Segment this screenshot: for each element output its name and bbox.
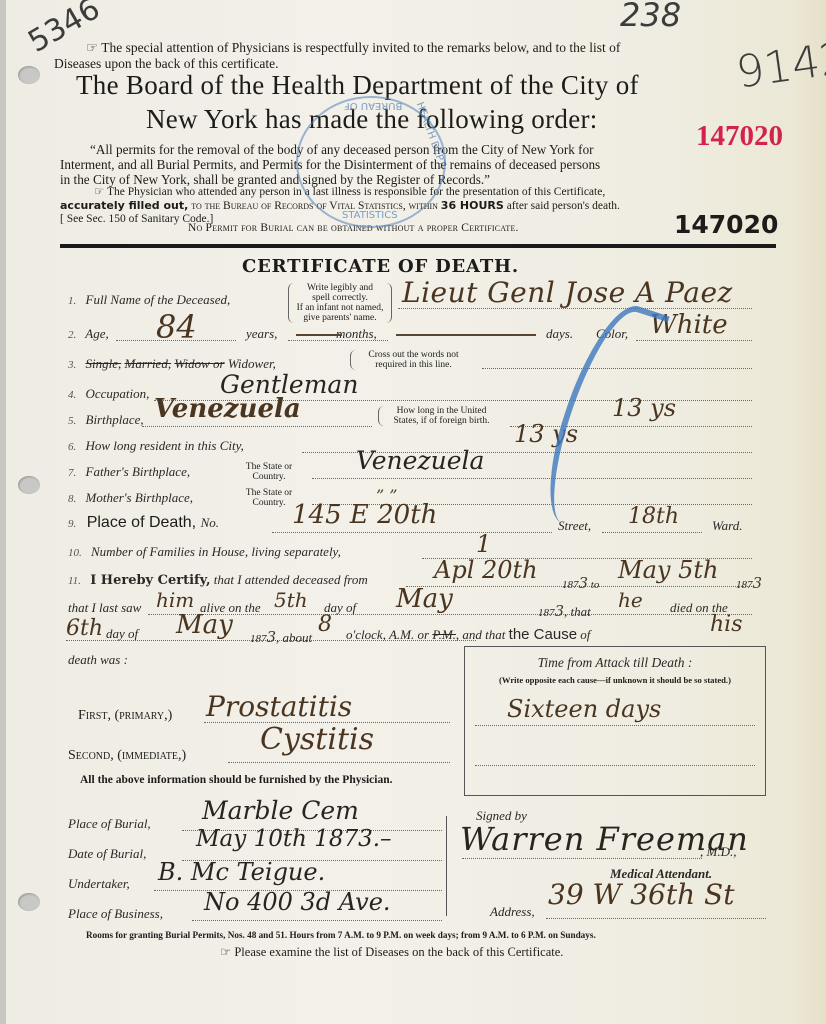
first-cause-value[interactable]: Prostatitis xyxy=(206,690,352,723)
first-cause-label: First, (primary,) xyxy=(78,708,172,724)
time-box-hint: (Write opposite each cause—if unknown it… xyxy=(465,675,765,685)
marital-widower: Widower, xyxy=(228,356,276,371)
row-full-name: 1. Full Name of the Deceased, xyxy=(68,292,230,308)
printed-certificate-number: 147020 xyxy=(674,210,778,239)
time-first-cause-value[interactable]: Sixteen days xyxy=(507,695,661,723)
stamp-text-top: BUREAU OF xyxy=(344,100,402,111)
families-value[interactable]: 1 xyxy=(476,530,491,558)
months-label: months, xyxy=(336,326,377,342)
stamp-text-bottom: STATISTICS xyxy=(342,210,398,221)
cause-label: the Cause xyxy=(509,626,577,643)
last-saw-who[interactable]: him xyxy=(156,588,194,612)
attended-to-date[interactable]: May 5th xyxy=(618,556,718,584)
attended-from-date[interactable]: Apl 20th xyxy=(434,556,538,584)
last-saw-day[interactable]: 5th xyxy=(274,588,308,612)
burial-date-label: Date of Burial, xyxy=(68,846,146,862)
certificate-page: 5346 238 9142 ☞ The special attention of… xyxy=(6,0,826,1024)
hereby-certify: I Hereby Certify, xyxy=(90,573,210,588)
death-was-label: death was : xyxy=(68,652,128,668)
death-day[interactable]: 6th xyxy=(66,616,103,641)
row-age: 2. Age, xyxy=(68,326,109,342)
notice-line-1: The special attention of Physicians is r… xyxy=(101,40,620,55)
marital-hint: Cross out the words not required in this… xyxy=(350,350,476,370)
rooms-notice: Rooms for granting Burial Permits, Nos. … xyxy=(86,930,596,940)
after-death-text: after said person's death. xyxy=(507,200,620,212)
second-cause-label: Second, (immediate,) xyxy=(68,748,186,764)
row-families: 10. Number of Families in House, living … xyxy=(68,544,341,560)
business-label: Place of Business, xyxy=(68,906,163,922)
full-name-value[interactable]: Lieut Genl Jose A Paez xyxy=(402,276,733,309)
row-certification: 11. I Hereby Certify, that I attended de… xyxy=(68,572,368,588)
attended-to-year[interactable]: 3 xyxy=(753,574,763,592)
last-saw-month[interactable]: May xyxy=(396,584,453,614)
days-label: days. xyxy=(546,326,573,342)
pencil-annotation-top-center: 238 xyxy=(620,0,681,34)
marital-single: Single, xyxy=(86,356,122,371)
row-birthplace: 5. Birthplace, xyxy=(68,412,144,428)
pm-option-struck: P.M. xyxy=(432,627,456,642)
age-value[interactable]: 84 xyxy=(156,308,197,346)
marital-widow: Widow or xyxy=(174,356,224,371)
pointing-hand-icon: ☞ xyxy=(86,40,98,55)
death-month[interactable]: May xyxy=(176,610,233,640)
header-divider xyxy=(60,244,776,248)
burial-place-value[interactable]: Marble Cem xyxy=(202,796,359,825)
row-father-birthplace: 7. Father's Birthplace, xyxy=(68,464,190,480)
undertaker-value[interactable]: B. Mc Teigue. xyxy=(158,858,325,886)
burial-place-label: Place of Burial, xyxy=(68,816,151,832)
second-cause-value[interactable]: Cystitis xyxy=(260,722,374,757)
ward-label: Ward. xyxy=(712,518,742,534)
place-of-death-value[interactable]: 145 E 20th xyxy=(292,500,437,530)
physician-notice: ☞ The special attention of Physicians is… xyxy=(86,40,620,56)
address-label: Address, xyxy=(490,904,535,920)
physician-info-note: All the above information should be furn… xyxy=(80,774,392,786)
am-option: A.M. xyxy=(389,627,414,642)
examine-notice: ☞ Please examine the list of Diseases on… xyxy=(220,944,563,960)
row-place-of-death: 9. Place of Death, No. xyxy=(68,514,219,532)
us-duration-hint: How long in the United States, if of for… xyxy=(378,406,504,426)
punch-hole-bottom xyxy=(18,893,40,911)
burial-box-border xyxy=(446,816,447,916)
marital-married: Married, xyxy=(125,356,172,371)
full-name-hint: Write legibly and spell correctly. If an… xyxy=(288,283,392,323)
punch-hole-top xyxy=(18,66,40,84)
death-hour[interactable]: 8 xyxy=(318,612,332,637)
address-value[interactable]: 39 W 36th St xyxy=(548,878,734,911)
time-from-attack-box: Time from Attack till Death : (Write opp… xyxy=(464,646,766,796)
time-box-title: Time from Attack till Death : xyxy=(465,655,765,671)
row-last-saw: that I last saw xyxy=(68,600,141,616)
death-year[interactable]: 3 xyxy=(267,628,277,646)
father-birthplace-value[interactable]: Venezuela xyxy=(356,446,484,475)
md-label: , M.D., xyxy=(700,844,736,860)
punch-hole-middle xyxy=(18,476,40,494)
accurately-filled-out: accurately filled out, xyxy=(60,199,188,212)
attended-from-year[interactable]: 3 xyxy=(579,574,589,592)
certificate-title: CERTIFICATE OF DEATH. xyxy=(242,256,519,277)
undertaker-label: Undertaker, xyxy=(68,876,130,892)
row-occupation: 4. Occupation, xyxy=(68,386,149,402)
last-saw-year[interactable]: 3 xyxy=(555,602,565,620)
years-label: years, xyxy=(246,326,277,342)
pencil-annotation-right-margin: 9142 xyxy=(733,32,826,98)
row-mother-birthplace: 8. Mother's Birthplace, xyxy=(68,490,193,506)
pronoun[interactable]: he xyxy=(618,588,643,612)
ward-value[interactable]: 18th xyxy=(628,504,679,529)
row-resident: 6. How long resident in this City, xyxy=(68,438,244,454)
pronoun-his[interactable]: his xyxy=(710,612,743,637)
thirty-six-hours: 36 HOURS xyxy=(441,199,504,212)
birthplace-value[interactable]: Venezuela xyxy=(154,394,301,424)
full-name-label: Full Name of the Deceased, xyxy=(86,292,231,307)
business-value[interactable]: No 400 3d Ave. xyxy=(204,888,391,916)
burial-date-value[interactable]: May 10th 1873.– xyxy=(196,826,392,852)
father-hint: The State or Country. xyxy=(234,462,304,482)
pointing-hand-icon: ☞ xyxy=(220,945,231,959)
pointing-hand-icon: ☞ xyxy=(94,186,104,198)
